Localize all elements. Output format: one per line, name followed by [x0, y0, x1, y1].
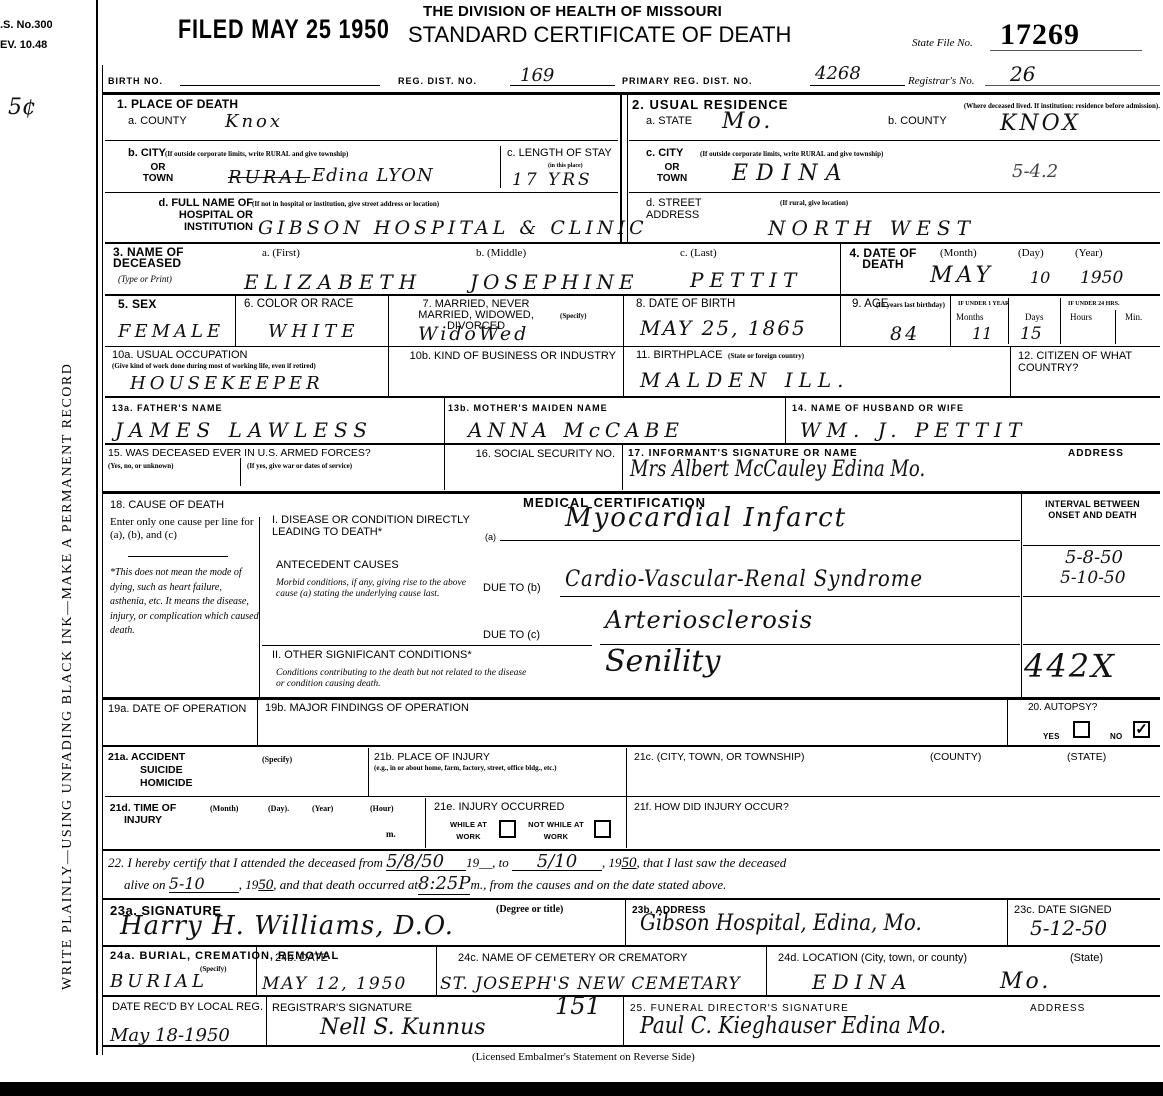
scan-edge	[0, 1082, 1163, 1096]
place-of-injury-note: (e.g., in or about home, farm, factory, …	[374, 764, 619, 773]
funeral-address-label: ADDRESS	[1030, 1003, 1085, 1014]
rule	[444, 445, 445, 490]
rule	[950, 296, 951, 346]
age-value[interactable]: 84	[890, 324, 920, 344]
occupation-label: 10a. USUAL OCCUPATION	[112, 350, 248, 361]
rule	[105, 796, 1160, 797]
dod-year-label: (Year)	[1075, 248, 1103, 259]
burial-date-label: 24b. DATE	[275, 953, 328, 964]
hospital-label: d. FULL NAME OF HOSPITAL OR INSTITUTION	[128, 197, 253, 233]
rule	[102, 697, 1160, 700]
rule	[102, 945, 1160, 947]
autopsy-label: 20. AUTOPSY?	[1028, 702, 1097, 713]
reg-dist-underline	[510, 85, 615, 86]
burial-type-value[interactable]: BURIAL	[110, 972, 208, 992]
rule	[1115, 310, 1116, 344]
rule	[1023, 644, 1160, 645]
res-county-label: b. COUNTY	[888, 116, 947, 127]
rule	[102, 849, 1160, 851]
rule	[1007, 900, 1008, 945]
armed-forces-note-1: (Yes, no, or unknown)	[108, 462, 173, 471]
death-city-struck: RURAL	[228, 168, 310, 188]
interval-label: INTERVAL BETWEEN ONSET AND DEATH	[1030, 499, 1155, 521]
suicide-label: SUICIDE	[140, 765, 183, 776]
stay-value[interactable]: 17 YRS	[512, 170, 593, 190]
res-county-value[interactable]: KNOX	[1000, 114, 1081, 134]
left-border-outer	[96, 0, 98, 1055]
res-city-value[interactable]: EDINA	[732, 164, 850, 184]
left-border-inner	[102, 65, 103, 1055]
primary-reg-underline	[810, 85, 905, 86]
burial-location-value[interactable]: EDINA	[812, 972, 912, 992]
due-to-b-label: DUE TO (b)	[483, 583, 541, 594]
while-at-work-label: WHILE AT WORK	[441, 819, 496, 843]
usual-residence-note: (Where deceased lived. If institution: r…	[840, 102, 1160, 111]
age-note: (In years last birthday)	[870, 300, 945, 310]
dob-value[interactable]: MAY 25, 1865	[640, 318, 807, 338]
city-note: (If outside corporate limits, write RURA…	[165, 150, 348, 159]
not-while-at-work-label: NOT WHILE AT WORK	[524, 819, 588, 843]
days-value[interactable]: 15	[1020, 326, 1042, 342]
part1-label: I. DISEASE OR CONDITION DIRECTLY LEADING…	[272, 514, 472, 538]
marital-value[interactable]: WidoWed	[418, 324, 529, 344]
rule	[368, 748, 369, 796]
citizen-label: 12. CITIZEN OF WHAT COUNTRY?	[1018, 350, 1160, 374]
accident-label: 21a. ACCIDENT	[108, 752, 185, 763]
last-seen-year[interactable]: 50	[258, 877, 273, 893]
spouse-value[interactable]: WM. J. PETTIT	[800, 420, 1027, 440]
armed-forces-note-2: (If yes, give war or dates of service)	[247, 462, 352, 471]
cemetery-value[interactable]: ST. JOSEPH'S NEW CEMETARY	[440, 974, 741, 994]
name-note: (Type or Print)	[118, 274, 172, 285]
rule	[128, 556, 228, 557]
months-label: Months	[956, 312, 984, 323]
registrar-signature[interactable]: Nell S. Kunnus	[320, 1020, 486, 1036]
rule	[626, 748, 627, 848]
birth-no-label: BIRTH NO.	[108, 76, 163, 87]
rule	[105, 192, 618, 193]
certify-text-2: 19__, to	[466, 855, 509, 870]
rule	[1007, 700, 1008, 745]
homicide-label: HOMICIDE	[140, 778, 193, 789]
burial-state-label: (State)	[1070, 953, 1103, 964]
rule	[560, 596, 1020, 597]
state-file-underline	[990, 50, 1142, 51]
rule	[105, 242, 1160, 244]
dod-day-value[interactable]: 10	[1030, 270, 1050, 286]
cause-c-value[interactable]: Arteriosclerosis	[605, 612, 813, 628]
rule	[105, 443, 1160, 445]
cause-footnote: *This does not mean the mode of dying, s…	[110, 566, 260, 639]
rule	[629, 140, 1160, 141]
division-heading: THE DIVISION OF HEALTH OF MISSOURI	[423, 4, 722, 20]
race-value[interactable]: WHITE	[268, 322, 359, 342]
attended-to-value[interactable]: 5/10	[512, 854, 602, 871]
antecedent-note: Morbid conditions, if any, giving rise t…	[276, 578, 476, 600]
injury-hour-label: (Hour)	[370, 804, 394, 813]
rule	[1060, 298, 1061, 344]
dod-month-label: (Month)	[940, 248, 977, 259]
antecedent-label: ANTECEDENT CAUSES	[276, 560, 399, 571]
injury-month-label: (Month)	[210, 804, 238, 813]
rule	[1023, 596, 1160, 597]
date-received-label: DATE REC'D BY LOCAL REG.	[108, 1001, 263, 1013]
res-state-value[interactable]: Mo.	[722, 112, 773, 132]
res-street-label: d. STREET ADDRESS	[646, 197, 726, 221]
margin-scribble: 5¢	[8, 100, 36, 116]
rule	[840, 296, 841, 346]
first-name-value[interactable]: ELIZABETH	[244, 272, 422, 292]
rule	[102, 898, 1160, 900]
res-city-note: (If outside corporate limits, write RURA…	[700, 150, 883, 159]
dod-day-label: (Day)	[1018, 248, 1044, 259]
birthplace-note: (State or foreign country)	[728, 352, 804, 361]
header-rule	[102, 92, 1160, 95]
vertical-instruction: WRITE PLAINLY—USING UNFADING BLACK INK—M…	[60, 363, 76, 990]
autopsy-no-label: NO	[1110, 731, 1122, 742]
mother-label: 13b. MOTHER'S MAIDEN NAME	[448, 403, 608, 414]
place-of-injury-label: 21b. PLACE OF INJURY	[374, 752, 490, 763]
last-seen-value[interactable]: 5-10	[169, 876, 239, 893]
rule	[102, 995, 1160, 997]
interval-b2-value[interactable]: 5-10-50	[1060, 570, 1126, 586]
hours-label: Hours	[1070, 312, 1092, 323]
spouse-label: 14. NAME OF HUSBAND OR WIFE	[792, 403, 964, 414]
footer-note: (Licensed Embalmer's Statement on Revers…	[472, 1051, 695, 1063]
primary-reg-label: PRIMARY REG. DIST. NO.	[622, 76, 753, 87]
injury-occurred-label: 21e. INJURY OCCURRED	[434, 802, 564, 813]
cemetery-label: 24c. NAME OF CEMETERY OR CREMATORY	[458, 953, 687, 964]
injury-year-label: (Year)	[312, 804, 333, 813]
res-state-label: a. STATE	[646, 116, 692, 127]
not-while-at-work-checkbox[interactable]	[594, 820, 611, 838]
rule	[105, 346, 1160, 347]
certify-text-7: , and that death occurred at	[273, 877, 418, 892]
op-date-label: 19a. DATE OF OPERATION	[108, 703, 253, 715]
cause-b-value[interactable]: Cardio-Vascular-Renal Syndrome	[565, 572, 923, 588]
business-label: 10b. KIND OF BUSINESS OR INDUSTRY	[396, 350, 616, 362]
injury-day-label: (Day).	[268, 804, 289, 813]
rule	[436, 947, 437, 995]
rule	[1023, 545, 1160, 546]
autopsy-yes-label: YES	[1043, 731, 1060, 742]
father-value[interactable]: JAMES LAWLESS	[115, 420, 373, 440]
dob-label: 8. DATE OF BIRTH	[636, 299, 735, 310]
rule	[500, 540, 1020, 541]
interval-b-value[interactable]: 5-8-50	[1065, 550, 1123, 566]
rule	[262, 645, 592, 646]
certify-text-5: alive on	[124, 877, 166, 892]
accident-specify: (Specify)	[262, 755, 292, 764]
rule	[1008, 298, 1009, 344]
rule	[240, 458, 241, 486]
part2-label: II. OTHER SIGNIFICANT CONDITIONS*	[272, 650, 472, 661]
res-street-value[interactable]: NORTH WEST	[768, 218, 976, 238]
informant-value[interactable]: Mrs Albert McCauley Edina Mo.	[630, 462, 925, 478]
mother-value[interactable]: ANNA McCABE	[468, 420, 684, 440]
res-or-town-label: OR TOWN	[652, 162, 692, 184]
cause-a-marker: (a)	[485, 532, 496, 543]
due-to-c-label: DUE TO (c)	[483, 630, 540, 641]
certify-line-2: alive on 5-10, 1950, and that death occu…	[124, 876, 726, 894]
cause-a-value[interactable]: Myocardial Infarct	[565, 510, 847, 526]
under-24hrs-label: IF UNDER 24 HRS.	[1068, 300, 1119, 309]
reg-dist-label: REG. DIST. NO.	[398, 76, 477, 87]
certify-text-3: , 19	[602, 855, 622, 870]
rule	[257, 700, 258, 745]
part2-note: Conditions contributing to the death but…	[276, 668, 536, 690]
cause-note: Enter only one cause per line for (a), (…	[110, 516, 260, 542]
time-of-injury-label: 21d. TIME OF INJURY	[108, 802, 178, 826]
hospital-value[interactable]: GIBSON HOSPITAL & CLINIC	[258, 218, 648, 238]
reg-dist-number[interactable]: 169	[520, 68, 554, 84]
certify-text-4: , that I last saw the deceased	[636, 855, 786, 870]
rule	[629, 192, 1160, 193]
stay-label: c. LENGTH OF STAY	[507, 148, 617, 159]
op-findings-label: 19b. MAJOR FINDINGS OF OPERATION	[265, 703, 469, 714]
first-name-label: a. (First)	[262, 248, 300, 259]
rule	[425, 798, 426, 848]
burial-date-value[interactable]: MAY 12, 1950	[262, 974, 407, 994]
city-label: b. CITY	[128, 148, 166, 159]
dod-year-value[interactable]: 1950	[1080, 270, 1123, 286]
rule	[259, 517, 260, 697]
birthplace-value[interactable]: MALDEN ILL.	[640, 370, 850, 390]
rule	[102, 1045, 1160, 1047]
dod-month-value[interactable]: MAY	[930, 266, 994, 286]
rule	[625, 900, 626, 945]
county-label: a. COUNTY	[128, 116, 187, 127]
rule	[266, 997, 267, 1045]
registrar-code: 151	[555, 998, 601, 1014]
while-at-work-checkbox[interactable]	[499, 820, 516, 838]
attended-from-value[interactable]: 5/8/50	[386, 854, 466, 871]
occupation-note: (Give kind of work done during most of w…	[112, 362, 382, 371]
funeral-director-signature[interactable]: Paul C. Kieghauser Edina Mo.	[640, 1018, 946, 1034]
form-number: .S. No.300	[0, 20, 53, 31]
registrar-no-label: Registrar's No.	[908, 76, 975, 87]
rule	[1010, 346, 1011, 396]
physician-signature[interactable]: Harry H. Williams, D.O.	[120, 918, 454, 934]
rule	[235, 296, 236, 346]
rule	[622, 445, 623, 490]
informant-address-label: ADDRESS	[1068, 448, 1124, 459]
marital-note: (Specify)	[560, 312, 586, 321]
injury-am-pm: m.	[386, 830, 396, 839]
date-received-value[interactable]: May 18-1950	[110, 1028, 230, 1044]
death-city-value[interactable]: Edina LYON	[312, 166, 434, 186]
injury-state-label: (STATE)	[1067, 752, 1106, 763]
occupation-value[interactable]: HOUSEKEEPER	[130, 374, 324, 394]
certificate-title: STANDARD CERTIFICATE OF DEATH	[408, 22, 791, 48]
middle-name-label: b. (Middle)	[476, 248, 526, 259]
how-injury-label: 21f. HOW DID INJURY OCCUR?	[634, 802, 789, 813]
burial-location-label: 24d. LOCATION (City, town, or county)	[778, 953, 967, 964]
sex-label: 5. SEX	[118, 299, 157, 310]
state-file-label: State File No.	[912, 38, 973, 49]
autopsy-no-checkbox[interactable]: ✓	[1133, 721, 1150, 738]
death-county-value[interactable]: Knox	[225, 112, 283, 132]
hospital-note: (If not in hospital or institution, give…	[252, 200, 439, 209]
rule	[1021, 494, 1022, 697]
registrar-underline	[985, 85, 1160, 86]
rule	[623, 997, 624, 1045]
certify-text-6: , 19	[239, 877, 259, 892]
birthplace-label: 11. BIRTHPLACE	[636, 350, 722, 361]
ssn-label: 16. SOCIAL SECURITY NO.	[455, 448, 615, 460]
res-street-note: (If rural, give location)	[780, 199, 848, 208]
injury-city-label: 21c. (CITY, TOWN, OR TOWNSHIP)	[634, 752, 805, 763]
under-one-year-label: IF UNDER 1 YEAR	[958, 300, 1009, 309]
last-name-label: c. (Last)	[680, 248, 717, 259]
rule	[102, 745, 1160, 747]
certify-text-8: m., from the causes and on the date stat…	[470, 877, 726, 892]
autopsy-yes-checkbox[interactable]	[1073, 721, 1090, 738]
rule	[500, 146, 501, 188]
months-value[interactable]: 11	[972, 326, 992, 342]
dod-label: 4. DATE OF DEATH	[848, 248, 918, 270]
rule	[444, 398, 445, 443]
res-city-label: c. CITY	[646, 148, 683, 159]
attended-to-year[interactable]: 50	[621, 855, 636, 871]
degree-label: (Degree or title)	[496, 905, 563, 914]
certify-text-1: 22. I hereby certify that I attended the…	[108, 855, 383, 870]
birth-no-field[interactable]	[180, 85, 380, 86]
state-file-number: 17269	[1000, 18, 1080, 52]
filed-stamp: FILED MAY 25 1950	[178, 14, 390, 45]
form-revision: EV. 10.48	[0, 40, 47, 51]
race-label: 6. COLOR OR RACE	[244, 299, 353, 310]
physician-address[interactable]: Gibson Hospital, Edina, Mo.	[640, 916, 922, 932]
res-city-code: 5-4.2	[1012, 164, 1058, 180]
rule	[766, 947, 767, 995]
certify-line-1: 22. I hereby certify that I attended the…	[108, 854, 1158, 872]
last-name-value[interactable]: PETTIT	[690, 270, 802, 290]
death-time-value[interactable]: 8:25P	[418, 873, 471, 895]
cause-of-death-label: 18. CAUSE OF DEATH	[110, 500, 224, 511]
registrar-number[interactable]: 26	[1010, 66, 1035, 82]
registrar-signature-label: REGISTRAR'S SIGNATURE	[272, 1003, 412, 1014]
burial-state-value[interactable]: Mo.	[1000, 972, 1051, 992]
injury-county-label: (COUNTY)	[930, 752, 981, 763]
days-label: Days	[1025, 312, 1044, 323]
cause-code: 442X	[1024, 658, 1116, 674]
rule	[102, 491, 1160, 494]
father-label: 13a. FATHER'S NAME	[112, 403, 223, 414]
sex-value[interactable]: FEMALE	[118, 322, 224, 342]
middle-name-value[interactable]: JOSEPHINE	[470, 272, 639, 292]
other-conditions-value[interactable]: Senility	[605, 654, 720, 670]
place-of-death-label: 1. PLACE OF DEATH	[117, 99, 238, 110]
date-signed-value[interactable]: 5-12-50	[1030, 920, 1107, 936]
rule	[256, 947, 257, 995]
min-label: Min.	[1125, 312, 1142, 323]
primary-reg-number[interactable]: 4268	[815, 66, 861, 82]
rule	[105, 294, 1160, 296]
date-signed-label: 23c. DATE SIGNED	[1014, 905, 1112, 916]
name-label: 3. NAME OF DECEASED	[113, 247, 223, 269]
rule	[840, 244, 841, 294]
or-town-label: OR TOWN	[138, 162, 178, 184]
rule	[105, 396, 1160, 398]
rule	[785, 398, 786, 443]
rule	[105, 140, 618, 141]
